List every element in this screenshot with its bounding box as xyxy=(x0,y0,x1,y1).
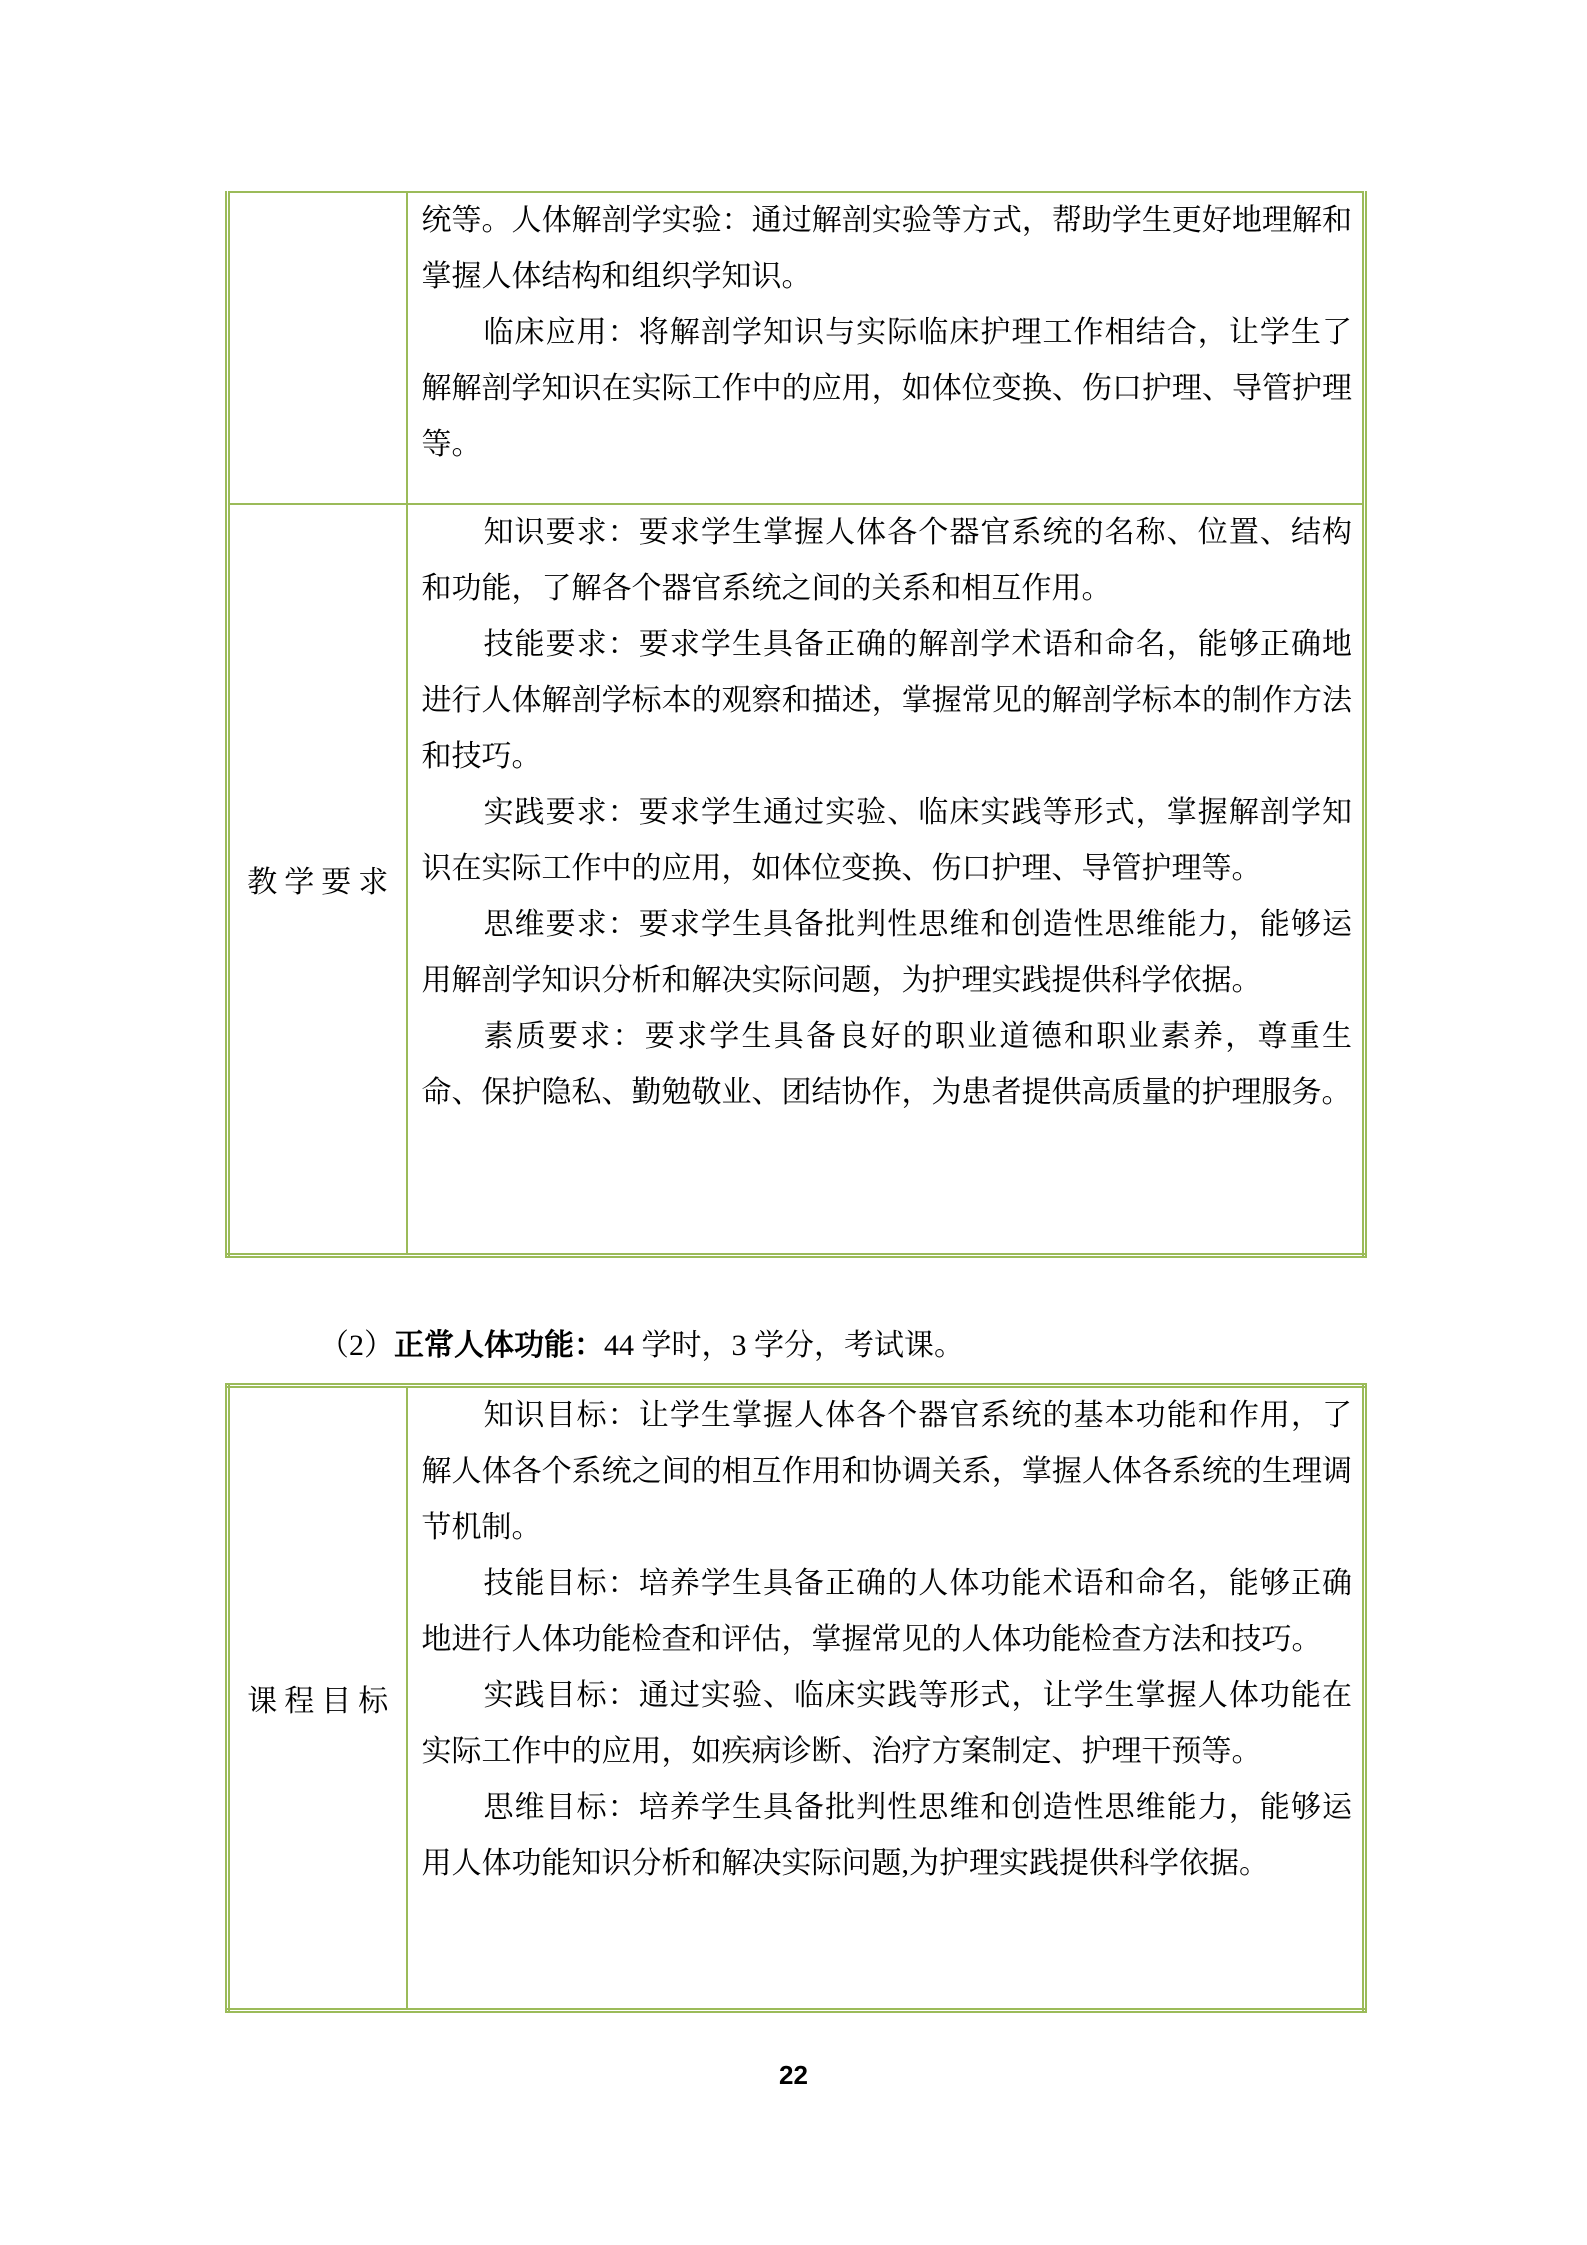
table-row-continuation: 统等。人体解剖学实验：通过解剖实验等方式，帮助学生更好地理解和掌握人体结构和组织… xyxy=(228,192,1365,504)
course-objectives-table: 课程目标 知识目标：让学生掌握人体各个器官系统的基本功能和作用，了解人体各个系统… xyxy=(225,1383,1367,2013)
paragraph: 思维要求：要求学生具备批判性思维和创造性思维能力，能够运用解剖学知识分析和解决实… xyxy=(422,897,1353,1009)
table-row-teaching-requirements: 教学要求 知识要求：要求学生掌握人体各个器官系统的名称、位置、结构和功能，了解各… xyxy=(228,504,1365,1255)
row-label-cell-empty xyxy=(228,192,407,504)
teaching-requirements-table: 统等。人体解剖学实验：通过解剖实验等方式，帮助学生更好地理解和掌握人体结构和组织… xyxy=(225,191,1367,1258)
page-number: 22 xyxy=(0,2060,1587,2091)
paragraph: 临床应用：将解剖学知识与实际临床护理工作相结合，让学生了解解剖学知识在实际工作中… xyxy=(422,305,1353,473)
row-label: 课程目标 xyxy=(228,1386,407,2011)
row-label: 教学要求 xyxy=(228,504,407,1255)
row-content-cell: 知识要求：要求学生掌握人体各个器官系统的名称、位置、结构和功能，了解各个器官系统… xyxy=(407,504,1365,1255)
course-heading: （2）正常人体功能：44 学时，3 学分，考试课。 xyxy=(225,1318,1362,1374)
paragraph: 知识要求：要求学生掌握人体各个器官系统的名称、位置、结构和功能，了解各个器官系统… xyxy=(422,505,1353,617)
heading-number: （2） xyxy=(319,1329,394,1362)
paragraph: 知识目标：让学生掌握人体各个器官系统的基本功能和作用，了解人体各个系统之间的相互… xyxy=(422,1388,1353,1556)
paragraph: 素质要求：要求学生具备良好的职业道德和职业素养，尊重生命、保护隐私、勤勉敬业、团… xyxy=(422,1009,1353,1121)
paragraph: 思维目标：培养学生具备批判性思维和创造性思维能力，能够运用人体功能知识分析和解决… xyxy=(422,1780,1353,1892)
heading-course-info: 44 学时，3 学分，考试课。 xyxy=(604,1329,964,1362)
row-content-cell: 知识目标：让学生掌握人体各个器官系统的基本功能和作用，了解人体各个系统之间的相互… xyxy=(407,1386,1365,2011)
paragraph: 统等。人体解剖学实验：通过解剖实验等方式，帮助学生更好地理解和掌握人体结构和组织… xyxy=(422,193,1353,305)
paragraph: 实践要求：要求学生通过实验、临床实践等形式，掌握解剖学知识在实际工作中的应用，如… xyxy=(422,785,1353,897)
document-page: 统等。人体解剖学实验：通过解剖实验等方式，帮助学生更好地理解和掌握人体结构和组织… xyxy=(0,0,1587,2245)
row-content-cell: 统等。人体解剖学实验：通过解剖实验等方式，帮助学生更好地理解和掌握人体结构和组织… xyxy=(407,192,1365,504)
paragraph: 实践目标：通过实验、临床实践等形式，让学生掌握人体功能在实际工作中的应用，如疾病… xyxy=(422,1668,1353,1780)
paragraph: 技能目标：培养学生具备正确的人体功能术语和命名，能够正确地进行人体功能检查和评估… xyxy=(422,1556,1353,1668)
paragraph: 技能要求：要求学生具备正确的解剖学术语和命名，能够正确地进行人体解剖学标本的观察… xyxy=(422,617,1353,785)
heading-course-name: 正常人体功能： xyxy=(394,1329,604,1362)
table-row-course-objectives: 课程目标 知识目标：让学生掌握人体各个器官系统的基本功能和作用，了解人体各个系统… xyxy=(228,1386,1365,2011)
